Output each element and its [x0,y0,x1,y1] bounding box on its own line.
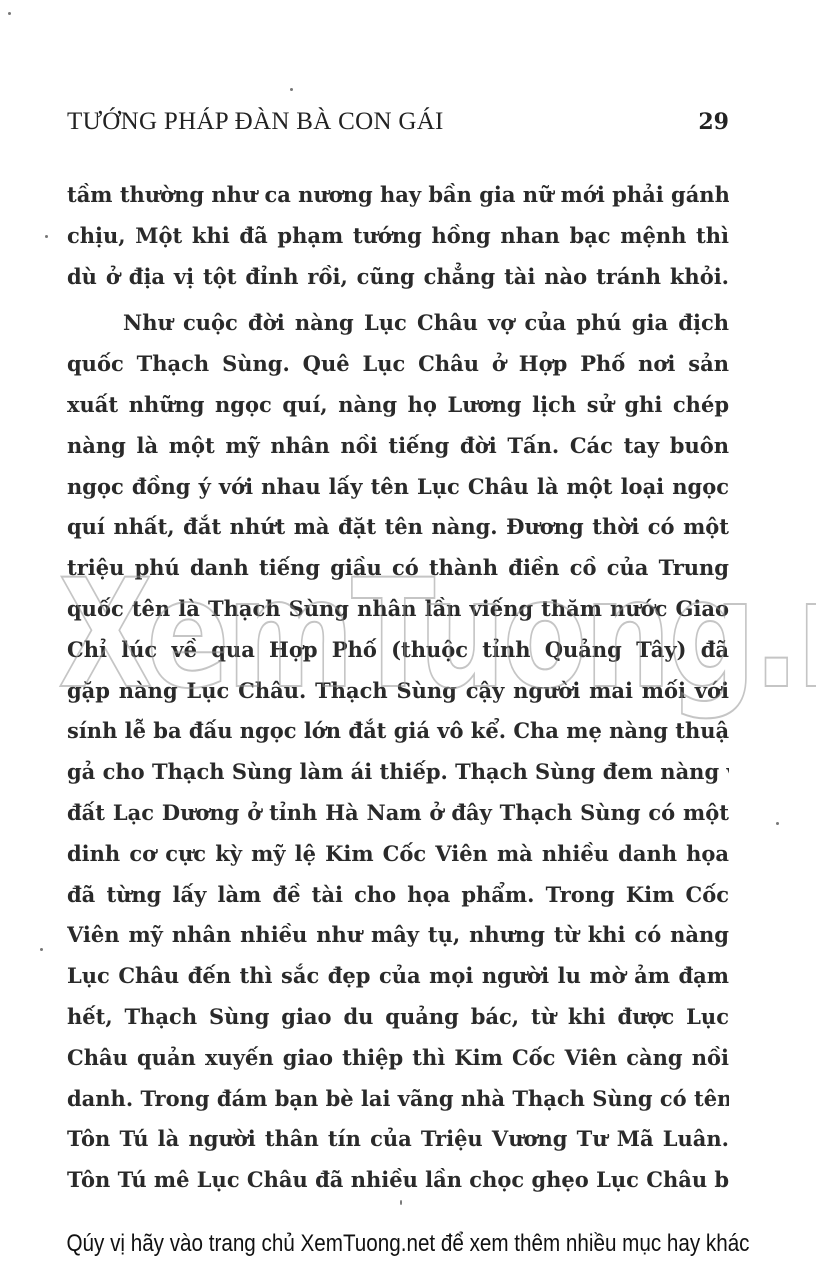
text-line: Lục Châu đến thì sắc đẹp của mọi người l… [67,956,729,997]
text-line: danh. Trong đám bạn bè lai vãng nhà Thạc… [67,1079,729,1120]
text-line: quốc Thạch Sùng. Quê Lục Châu ở Hợp Phố … [67,344,729,385]
text-line: gả cho Thạch Sùng làm ái thiếp. Thạch Sù… [67,752,729,793]
text-line: dinh cơ cực kỳ mỹ lệ Kim Cốc Viên mà nhi… [67,834,729,875]
text-line: tầm thường như ca nương hay bần gia nữ m… [67,175,729,216]
text-line: Tôn Tú mê Lục Châu đã nhiều lần chọc ghẹ… [67,1160,729,1201]
text-line: quốc tên là Thạch Sùng nhân lần viếng th… [67,589,729,630]
text-line: chịu, Một khi đã phạm tướng hồng nhan bạ… [67,216,729,257]
footer-banner: Qúy vị hãy vào trang chủ XemTuong.net để… [57,1230,759,1258]
text-line: đất Lạc Dương ở tỉnh Hà Nam ở đây Thạch … [67,793,729,834]
text-line: quí nhất, đắt nhứt mà đặt tên nàng. Đươn… [67,507,729,548]
text-line: hết, Thạch Sùng giao du quảng bác, từ kh… [67,997,729,1038]
text-line: sính lễ ba đấu ngọc lớn đắt giá vô kể. C… [67,711,729,752]
text-line: dù ở địa vị tột đỉnh rồi, cũng chẳng tài… [67,257,729,298]
scan-speck [40,948,43,951]
page-number: 29 [698,109,729,135]
text-line: đã từng lấy làm đề tài cho họa phẩm. Tro… [67,875,729,916]
text-line: nàng là một mỹ nhân nồi tiếng đời Tấn. C… [67,426,729,467]
text-line: Tôn Tú là người thân tín của Triệu Vương… [67,1119,729,1160]
text-line: Viên mỹ nhân nhiều như mây tụ, nhưng từ … [67,915,729,956]
text-line: triệu phú danh tiếng giầu có thành điền … [67,548,729,589]
text-line: ngọc đồng ý với nhau lấy tên Lục Châu là… [67,467,729,508]
text-line: xuất những ngọc quí, nàng họ Lương lịch … [67,385,729,426]
body-text: tầm thường như ca nương hay bần gia nữ m… [67,175,729,1201]
scan-speck [45,235,48,238]
page-header: TƯỚNG PHÁP ĐÀN BÀ CON GÁI 29 [67,108,729,148]
scan-speck [400,1200,402,1205]
paragraph-start-line: Như cuộc đời nàng Lục Châu vợ của phú gi… [67,303,729,344]
running-title: TƯỚNG PHÁP ĐÀN BÀ CON GÁI [67,108,444,136]
scan-speck [776,822,779,825]
scan-speck [8,12,11,15]
scanned-book-page: TƯỚNG PHÁP ĐÀN BÀ CON GÁI 29 tầm thường … [0,0,816,1277]
scan-speck [290,88,293,91]
text-line: Châu quản xuyến giao thiệp thì Kim Cốc V… [67,1038,729,1079]
text-line: Chỉ lúc về qua Hợp Phố (thuộc tỉnh Quảng… [67,630,729,671]
text-line: gặp nàng Lục Châu. Thạch Sùng cậy người … [67,671,729,712]
